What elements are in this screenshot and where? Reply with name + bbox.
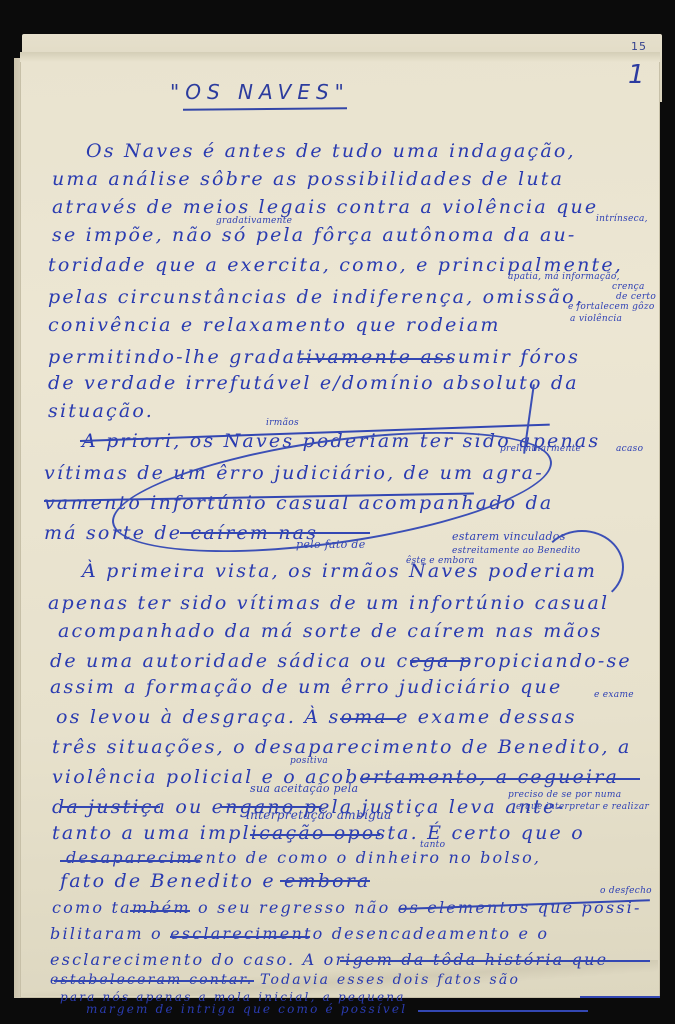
text-line: desaparecimento de como o dinheiro no bo… — [66, 848, 541, 867]
insertion: êste e embora — [406, 556, 475, 566]
revision-bracket — [540, 530, 624, 604]
text-line: de uma autoridade sádica ou cega propici… — [50, 650, 632, 672]
strikethrough-mark — [410, 660, 470, 662]
insertion: e exame — [594, 690, 634, 700]
strikethrough-mark — [60, 806, 160, 808]
strikethrough-mark — [340, 960, 650, 962]
text-line: pelas circunstâncias de indiferença, omi… — [48, 286, 584, 308]
insertion: preciso de se por numa — [508, 790, 621, 800]
insertion: acaso — [616, 444, 643, 454]
insertion: apatia, má informação, — [508, 272, 620, 282]
insertion: crença — [612, 282, 645, 292]
insertion: o desfecho — [600, 886, 652, 896]
insertion: estarem vinculados — [452, 530, 566, 543]
strikethrough-mark — [54, 980, 254, 982]
text-line: assim a formação de um êrro judiciário q… — [50, 676, 562, 698]
strikethrough-mark — [418, 1010, 588, 1012]
insertion: a violência — [570, 314, 622, 324]
strikethrough-mark — [280, 880, 370, 882]
text-line: uma análise sôbre as possibilidades de l… — [52, 168, 564, 190]
text-line: como também o seu regresso não os elemen… — [52, 898, 642, 917]
insertion: de certo — [616, 292, 656, 302]
insertion: sua aceitação pela — [250, 782, 358, 795]
insertion: tanto — [420, 840, 445, 850]
strikethrough-mark — [580, 996, 660, 998]
insertion: e fortalecem gôzo — [568, 302, 655, 312]
text-line: permitindo-lhe gradativamente assumir fó… — [48, 346, 580, 368]
text-line: situação. — [48, 400, 154, 422]
strikethrough-mark — [60, 860, 200, 862]
strikethrough-mark — [130, 910, 190, 912]
text-line: tanto a uma implicação oposta. É certo q… — [52, 822, 585, 844]
text-line: de verdade irrefutável e/domínio absolut… — [48, 372, 579, 394]
page-number: 1 — [628, 60, 645, 90]
text-line: Os Naves é antes de tudo uma indagação, — [86, 140, 576, 162]
strikethrough-mark — [220, 806, 320, 808]
insertion: intrínseca, — [596, 214, 648, 224]
text-line: apenas ter sido vítimas de um infortúnio… — [48, 592, 609, 614]
insertion: interpretação ambígua — [246, 808, 392, 822]
strikethrough-mark — [360, 778, 640, 780]
text-line: bilitaram o esclarecimento desencadeamen… — [50, 924, 549, 943]
text-line: três situações, o desaparecimento de Ben… — [52, 736, 632, 758]
text-line: À primeira vista, os irmãos Naves poderi… — [82, 560, 597, 582]
corner-mark: 15 — [631, 40, 647, 53]
text-line: margem de intriga que como é possível — [86, 1002, 407, 1016]
insertion: gradativamente — [216, 216, 292, 226]
page-fold-shadow — [20, 52, 660, 62]
insertion: e que interpretar e realizar — [516, 802, 649, 812]
text-line: se impõe, não só pela fôrça autônoma da … — [52, 224, 577, 246]
insertion: positiva — [290, 756, 328, 766]
strikethrough-mark — [340, 718, 400, 720]
text-line: os levou à desgraça. À soma e exame dess… — [56, 706, 577, 728]
strikethrough-mark — [170, 936, 310, 938]
text-line: acompanhado da má sorte de caírem nas mã… — [58, 620, 603, 642]
page-title: "OS NAVES" — [170, 80, 350, 104]
strikethrough-mark — [250, 834, 380, 836]
strikethrough-mark — [300, 358, 450, 360]
insertion: irmãos — [266, 418, 299, 428]
text-line: através de meios legais contra a violênc… — [52, 196, 598, 218]
text-line: conivência e relaxamento que rodeiam — [48, 314, 501, 336]
